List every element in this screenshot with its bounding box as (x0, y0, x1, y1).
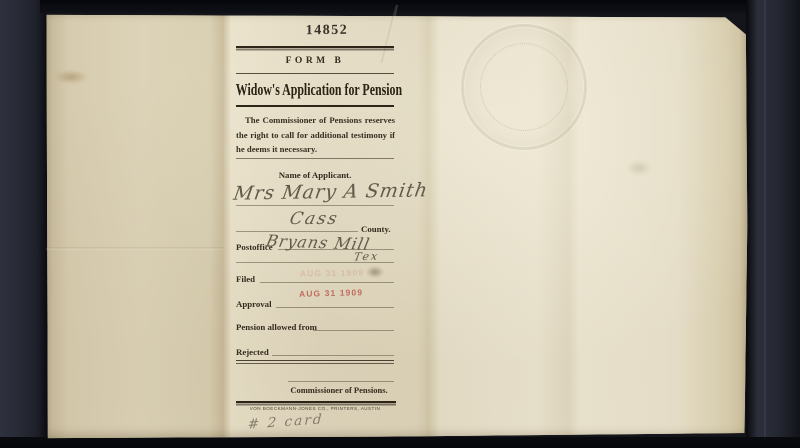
binder-cover-bottom (0, 437, 800, 448)
commissioner-label: Commissioner of Pensions. (280, 385, 398, 395)
writing-line (272, 355, 394, 356)
form-number-stamp: 14852 (296, 23, 358, 40)
applicant-name-handwriting: Mrs Mary A Smith (232, 179, 430, 204)
form-rule-thick (236, 105, 394, 107)
paper-stain (366, 266, 384, 278)
filed-label: Filed (236, 274, 255, 284)
writing-line (260, 282, 394, 283)
notice-text: The Commissioner of Pensions reserves th… (236, 113, 395, 157)
form-b-label: FORM B (236, 56, 394, 66)
binder-cover-right (746, 0, 800, 448)
writing-line (276, 307, 394, 308)
rejected-label: Rejected (236, 347, 269, 357)
form-rule (236, 73, 394, 74)
form-rule-heavy-top (236, 46, 394, 48)
binder-cover-left (0, 0, 47, 448)
form-rule-double (236, 360, 394, 364)
paper-stain (54, 70, 88, 84)
approval-label: Approval (236, 299, 272, 309)
horizontal-fold-crease (46, 247, 224, 250)
county-handwriting: Cass (288, 209, 341, 229)
signature-line (288, 381, 394, 382)
filed-date-stamp-ghost: AUG 31 1909 (300, 267, 364, 278)
form-rule-heavy-bottom (236, 401, 396, 403)
writing-line (236, 262, 394, 263)
writing-line (313, 330, 394, 331)
printer-imprint: VON BOECKMANN-JONES CO., PRINTERS, AUSTI… (236, 406, 394, 411)
embossed-seal (461, 24, 587, 150)
binder-cover-top (40, 0, 760, 13)
form-rule (236, 158, 394, 159)
writing-line (236, 205, 394, 206)
paper-stain (626, 160, 652, 176)
filed-date-stamp: AUG 31 1909 (299, 287, 363, 299)
binder-spine-seam (764, 0, 766, 448)
document-paper (44, 11, 748, 439)
scanned-pension-document: 14852 FORM B Widow's Application for Pen… (0, 0, 800, 448)
county-label: County. (361, 224, 391, 234)
name-of-applicant-label: Name of Applicant. (236, 170, 394, 180)
embossed-seal-inner-ring (480, 43, 568, 131)
form-title: Widow's Application for Pension (236, 80, 394, 100)
pension-allowed-label: Pension allowed from (236, 322, 317, 332)
